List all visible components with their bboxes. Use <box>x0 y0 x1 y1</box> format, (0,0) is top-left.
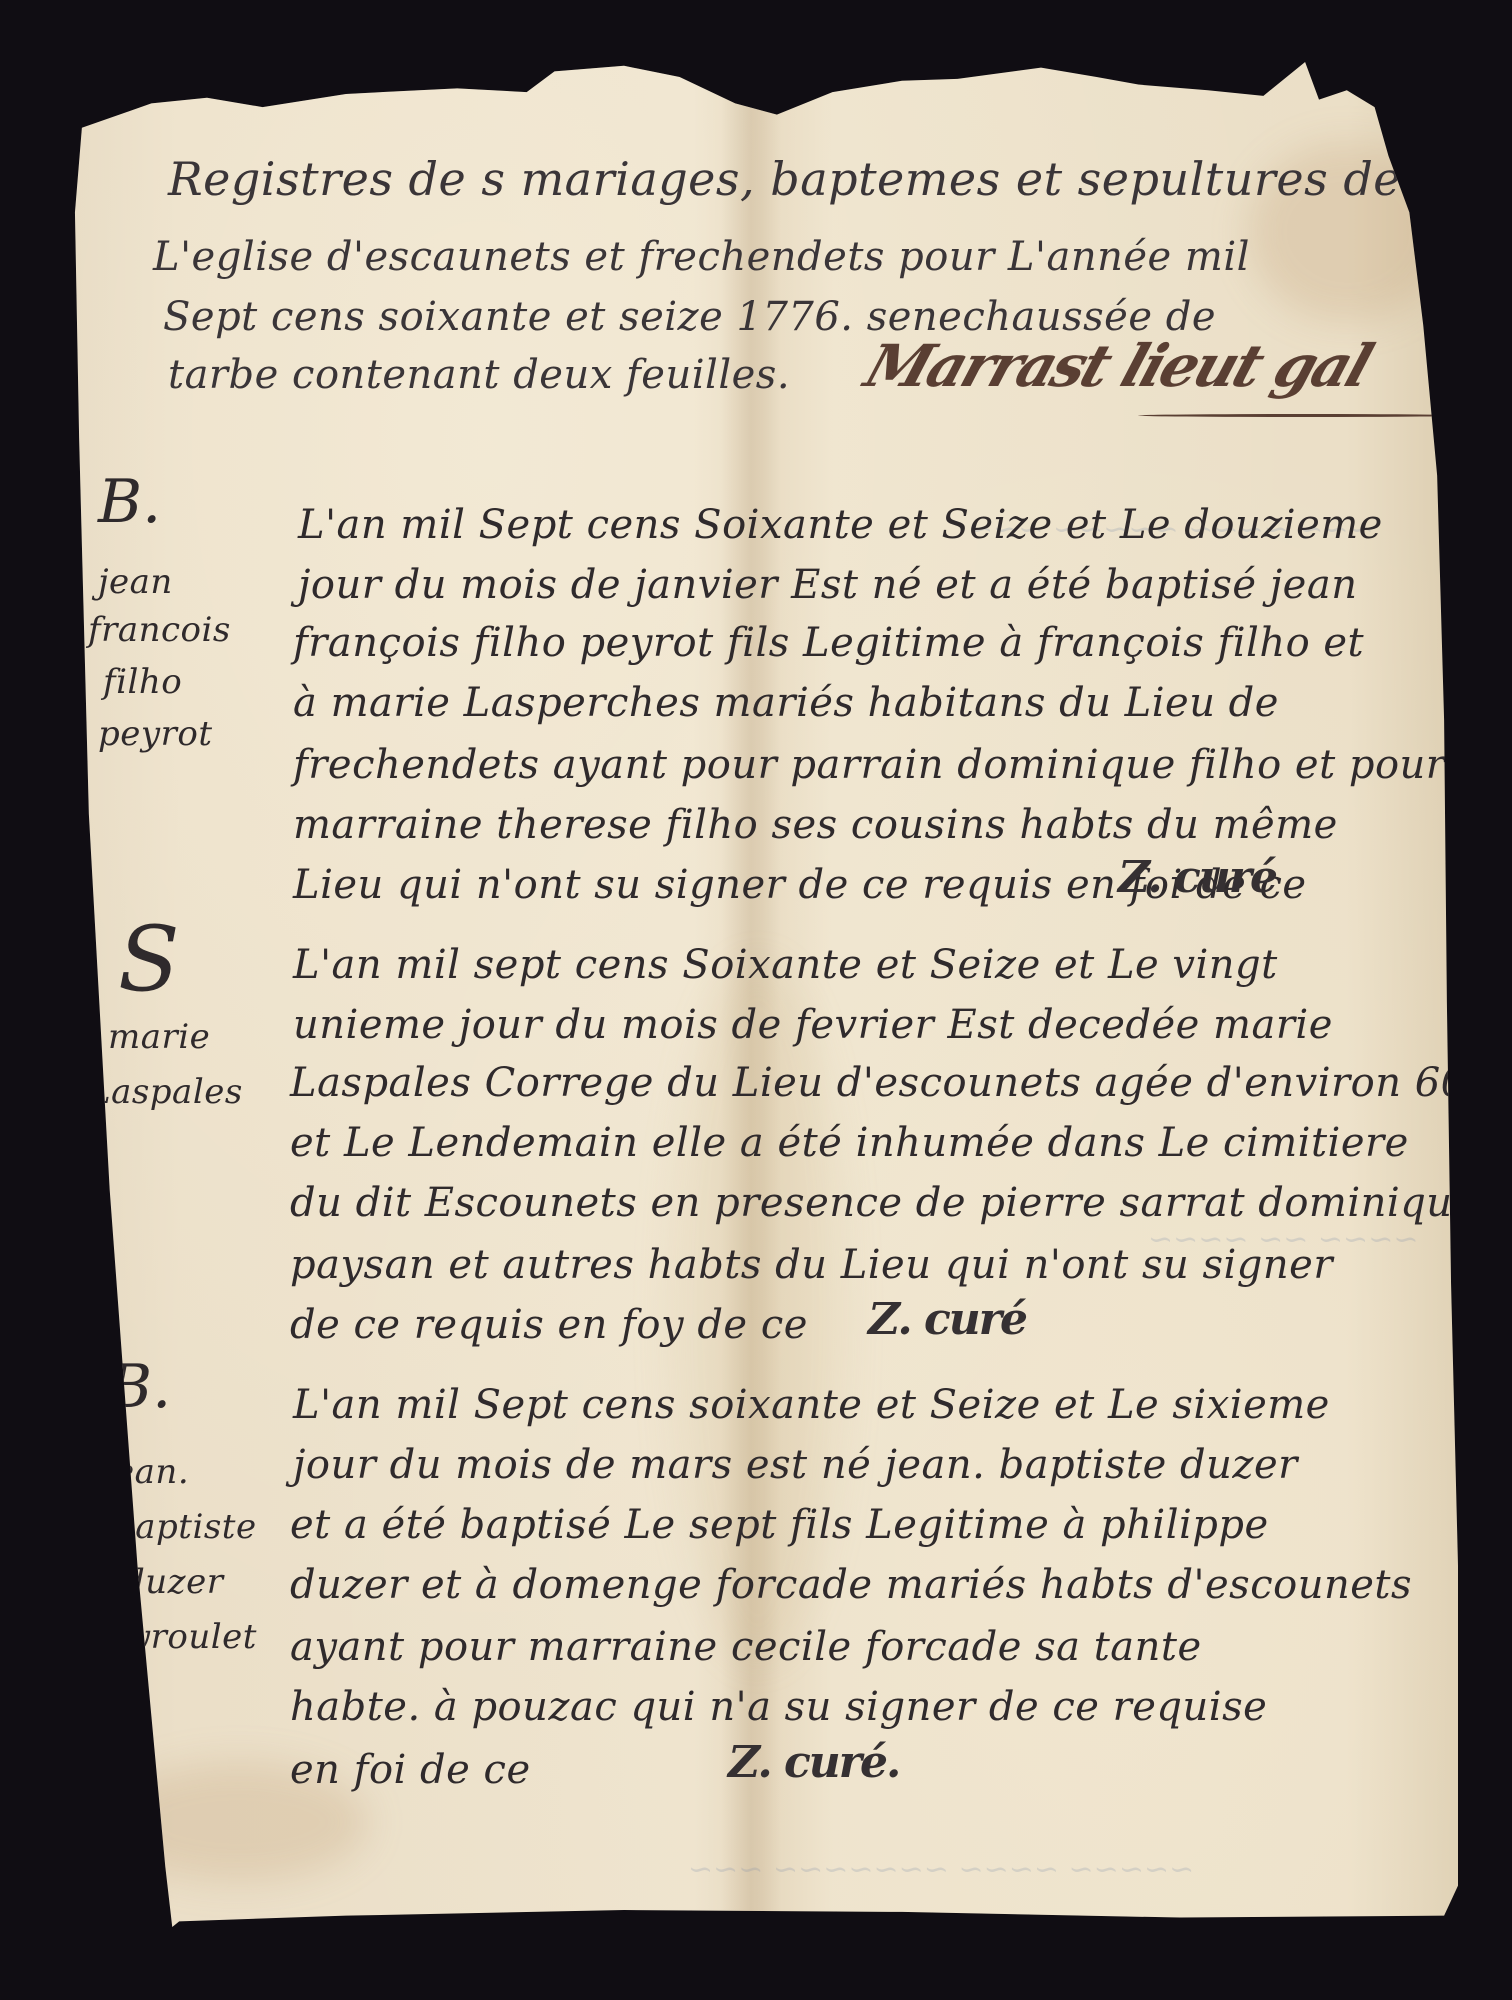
margin-name: francois <box>88 610 231 650</box>
entry-line: frechendets ayant pour parrain dominique… <box>293 742 1445 788</box>
priest-signature: Z. curé <box>1118 852 1276 903</box>
entry-marker-burial: S <box>118 907 180 1012</box>
entry-marker-baptism: B. <box>98 467 161 537</box>
entry-line: habte. à pouzac qui n'a su signer de ce … <box>290 1684 1267 1730</box>
margin-name: marie <box>108 1017 210 1057</box>
signature-flourish <box>1138 414 1468 417</box>
margin-name: peyrot <box>98 714 212 754</box>
priest-signature: Z. curé <box>868 1294 1026 1345</box>
entry-line: marraine therese filho ses cousins habts… <box>293 802 1338 848</box>
margin-name: baptiste <box>113 1507 257 1547</box>
priest-signature: Z. curé. <box>728 1737 899 1788</box>
scanned-page: ~~~ ~~~~ ~~~~~ ~~~ ~~~~ ~~ ~~~~ ~~~~~ ~~… <box>0 0 1512 2000</box>
bleed-through-text: ~~~~~ ~~~~ ~~~~~~~ ~~~ <box>688 1852 1194 1887</box>
entry-line: L'an mil Sept cens Soixante et Seize et … <box>298 502 1383 548</box>
entry-line: jour du mois de janvier Est né et a été … <box>298 562 1357 608</box>
header-line: Registres de s mariages, baptemes et sep… <box>168 152 1401 206</box>
entry-line: à marie Lasperches mariés habitans du Li… <box>293 680 1279 726</box>
entry-line: paysan et autres habts du Lieu qui n'ont… <box>290 1242 1333 1288</box>
entry-line: L'an mil sept cens Soixante et Seize et … <box>293 942 1278 988</box>
entry-line: ayant pour marraine cecile forcade sa ta… <box>290 1624 1202 1670</box>
header-line: L'eglise d'escaunets et frechendets pour… <box>153 234 1250 280</box>
margin-name: jean <box>98 562 173 602</box>
entry-line: et a été baptisé Le sept fils Legitime à… <box>290 1502 1269 1548</box>
manuscript-paper: ~~~ ~~~~ ~~~~~ ~~~ ~~~~ ~~ ~~~~ ~~~~~ ~~… <box>68 62 1458 1942</box>
margin-name: duzer <box>123 1562 223 1602</box>
header-signature: Marrast lieut gal <box>857 332 1379 400</box>
margin-name: Laspales <box>88 1072 243 1112</box>
entry-line: Laspales Correge du Lieu d'escounets agé… <box>290 1060 1512 1106</box>
entry-line: du dit Escounets en presence de pierre s… <box>290 1180 1477 1226</box>
entry-line: françois filho peyrot fils Legitime à fr… <box>293 620 1364 666</box>
entry-line: en foi de ce <box>290 1747 531 1793</box>
margin-name: filho <box>103 662 182 702</box>
entry-line: L'an mil Sept cens soixante et Seize et … <box>293 1382 1330 1428</box>
entry-line: de ce requis en foy de ce <box>290 1302 808 1348</box>
entry-line: et Le Lendemain elle a été inhumée dans … <box>290 1120 1409 1166</box>
entry-line: unieme jour du mois de fevrier Est deced… <box>293 1002 1333 1048</box>
margin-name: jean. <box>103 1452 189 1492</box>
entry-line: duzer et à domenge forcade mariés habts … <box>290 1562 1412 1608</box>
entry-marker-baptism: B. <box>108 1352 171 1422</box>
margin-name: peyroulet <box>88 1617 257 1657</box>
entry-line: jour du mois de mars est né jean. baptis… <box>293 1442 1298 1488</box>
header-line: tarbe contenant deux feuilles. <box>168 352 790 398</box>
